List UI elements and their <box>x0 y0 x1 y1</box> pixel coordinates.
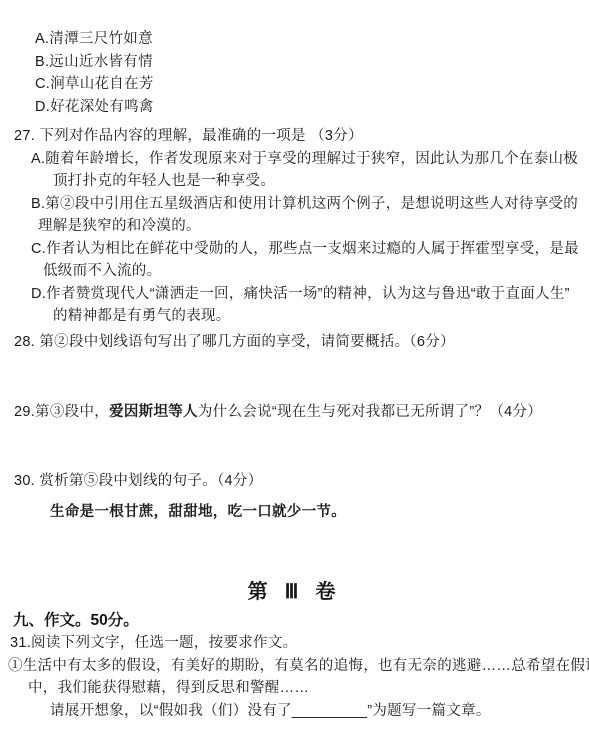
q27-option-c-line2: 低级而不入流的。 <box>0 260 589 283</box>
q29-text-post: 为什么会说“现在生与死对我都已无所谓了”？（4分） <box>198 404 542 420</box>
exam-page: A.清潭三尺竹如意 B.远山近水皆有情 C.涧草山花自在芳 D.好花深处有鸣禽 … <box>0 0 589 733</box>
q27-option-b-line1: B.第②段中引用住五星级酒店和使用计算机这两个例子，是想说明这些人对待享受的 <box>0 193 589 216</box>
q27-stem: 27. 下列对作品内容的理解，最准确的一项是 （3分） <box>0 125 589 148</box>
poem-option-c: C.涧草山花自在芳 <box>0 73 589 96</box>
q27-option-a-line2: 顶打扑克的年轻人也是一种享受。 <box>0 170 589 193</box>
q30-quoted-sentence: 生命是一根甘蔗，甜甜地，吃一口就少一节。 <box>0 501 589 524</box>
q29-stem: 29.第③段中，爱因斯坦等人为什么会说“现在生与死对我都已无所谓了”？（4分） <box>0 401 589 424</box>
part3-title: 第 Ⅲ 卷 <box>0 577 589 607</box>
q27-option-c-line1: C.作者认为相比在鲜花中受勋的人，那些点一支烟来过瘾的人属于挥霍型享受，是最 <box>0 238 589 261</box>
q28-stem: 28. 第②段中划线语句写出了哪几方面的享受，请简要概括。（6分） <box>0 331 589 354</box>
q27-option-d-line2: 的精神都是有勇气的表现。 <box>0 305 589 328</box>
q31-task: 请展开想象，以“假如我（们）没有了_________”为题写一篇文章。 <box>0 700 589 723</box>
q31-prompt1-line1: ①生活中有太多的假设，有美好的期盼，有莫名的追悔，也有无奈的逃避……总希望在假设 <box>0 655 589 678</box>
q30-stem: 30. 赏析第⑤段中划线的句子。（4分） <box>0 470 589 493</box>
q29-emphasis: 爱因斯坦等人 <box>109 404 198 420</box>
q29-text-pre: 29.第③段中， <box>14 404 109 420</box>
q27-option-a-line1: A.随着年龄增长，作者发现原来对于享受的理解过于狭窄，因此认为那几个在泰山极 <box>0 148 589 171</box>
q31-prompt1-line2: 中，我们能获得慰藉，得到反思和警醒…… <box>0 677 589 700</box>
poem-option-b: B.远山近水皆有情 <box>0 51 589 74</box>
q31-stem: 31.阅读下列文字，任选一题，按要求作文。 <box>0 632 589 655</box>
poem-option-a: A.清潭三尺竹如意 <box>0 28 589 51</box>
poem-option-d: D.好花深处有鸣禽 <box>0 96 589 119</box>
q27-option-d-line1: D.作者赞赏现代人“潇洒走一回，痛快活一场”的精神，认为这与鲁迅“敢于直面人生” <box>0 283 589 306</box>
section9-heading: 九、作文。50分。 <box>0 610 589 633</box>
q27-option-b-line2: 理解是狭窄的和冷漠的。 <box>0 215 589 238</box>
